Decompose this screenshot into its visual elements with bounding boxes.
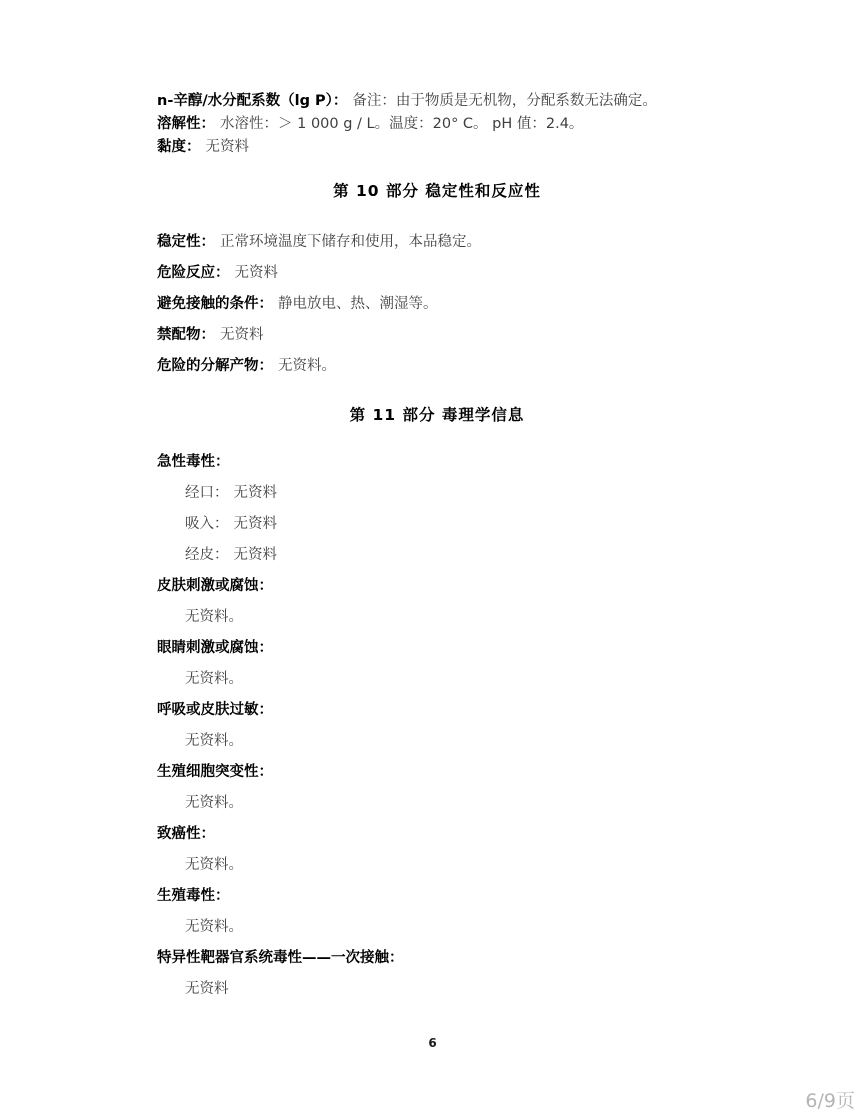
field-label: 特异性靶器官系统毒性——一次接触： [157,950,404,966]
field-row: 皮肤刺激或腐蚀： [157,571,717,602]
field-value: 备注：由于物质是无机物，分配系数无法确定。 [352,93,657,109]
field-label: n-辛醇/水分配系数（lg P）： [157,93,347,109]
field-label: 生殖细胞突变性： [157,764,273,780]
field-value: 无资料。 [278,358,336,374]
field-row: 特异性靶器官系统毒性——一次接触： [157,943,717,974]
route-value: 无资料 [234,516,278,532]
field-label: 溶解性： [157,116,215,132]
route-value: 无资料 [234,547,278,563]
field-row: 致癌性： [157,819,717,850]
field-value: 无资料 [206,139,250,155]
section-10-title: 第 10 部分 稳定性和反应性 [157,181,717,201]
property-line: 溶解性：水溶性：＞ 1 000 g / L。温度：20° C。 pH 值：2.4… [157,113,717,136]
field-label: 稳定性： [157,234,215,250]
field-value-row: 无资料。 [157,850,717,881]
field-value: 无资料 [235,265,279,281]
field-value-row: 无资料。 [157,912,717,943]
field-value-row: 无资料。 [157,726,717,757]
field-label: 避免接触的条件： [157,296,273,312]
field-value: 无资料。 [185,733,243,749]
field-row: 危险反应：无资料 [157,258,717,289]
document-page: n-辛醇/水分配系数（lg P）：备注：由于物质是无机物，分配系数无法确定。 溶… [0,0,865,1116]
field-label: 禁配物： [157,327,215,343]
acute-route-row: 吸入：无资料 [157,509,717,540]
field-label: 急性毒性： [157,454,230,470]
property-line: n-辛醇/水分配系数（lg P）：备注：由于物质是无机物，分配系数无法确定。 [157,90,717,113]
field-value: 无资料 [220,327,264,343]
route-label: 吸入： [185,516,229,532]
field-row: 眼睛刺激或腐蚀： [157,633,717,664]
field-value: 无资料。 [185,609,243,625]
document-content: n-辛醇/水分配系数（lg P）：备注：由于物质是无机物，分配系数无法确定。 溶… [157,90,717,1005]
field-value: 无资料。 [185,919,243,935]
viewer-page-indicator: 6/9页 [805,1086,855,1113]
field-label: 黏度： [157,139,201,155]
field-row: 避免接触的条件：静电放电、热、潮湿等。 [157,289,717,320]
route-label: 经皮： [185,547,229,563]
field-value: 无资料。 [185,671,243,687]
field-row: 禁配物：无资料 [157,320,717,351]
field-value-row: 无资料。 [157,602,717,633]
field-value: 无资料。 [185,857,243,873]
field-value-row: 无资料 [157,974,717,1005]
field-value: 正常环境温度下储存和使用，本品稳定。 [220,234,481,250]
field-row: 生殖细胞突变性： [157,757,717,788]
field-label: 呼吸或皮肤过敏： [157,702,273,718]
field-value-row: 无资料。 [157,788,717,819]
field-label: 危险的分解产物： [157,358,273,374]
acute-route-row: 经皮：无资料 [157,540,717,571]
section-11-title: 第 11 部分 毒理学信息 [157,405,717,425]
property-line: 黏度：无资料 [157,136,717,159]
section-10-body: 稳定性：正常环境温度下储存和使用，本品稳定。 危险反应：无资料 避免接触的条件：… [157,227,717,382]
page-number: 6 [0,1036,865,1050]
acute-route-row: 经口：无资料 [157,478,717,509]
field-row: 生殖毒性： [157,881,717,912]
route-label: 经口： [185,485,229,501]
route-value: 无资料 [234,485,278,501]
field-value: 无资料。 [185,795,243,811]
field-value-row: 无资料。 [157,664,717,695]
field-label: 眼睛刺激或腐蚀： [157,640,273,656]
field-value: 静电放电、热、潮湿等。 [278,296,438,312]
field-label: 生殖毒性： [157,888,230,904]
field-label: 危险反应： [157,265,230,281]
field-value: 水溶性：＞ 1 000 g / L。温度：20° C。 pH 值：2.4。 [220,116,583,132]
field-label: 致癌性： [157,826,215,842]
field-row: 急性毒性： [157,447,717,478]
field-row: 呼吸或皮肤过敏： [157,695,717,726]
field-value: 无资料 [185,981,229,997]
field-row: 稳定性：正常环境温度下储存和使用，本品稳定。 [157,227,717,258]
section-11-body: 急性毒性： 经口：无资料 吸入：无资料 经皮：无资料 皮肤刺激或腐蚀： 无资料。… [157,447,717,1005]
field-row: 危险的分解产物：无资料。 [157,351,717,382]
field-label: 皮肤刺激或腐蚀： [157,578,273,594]
